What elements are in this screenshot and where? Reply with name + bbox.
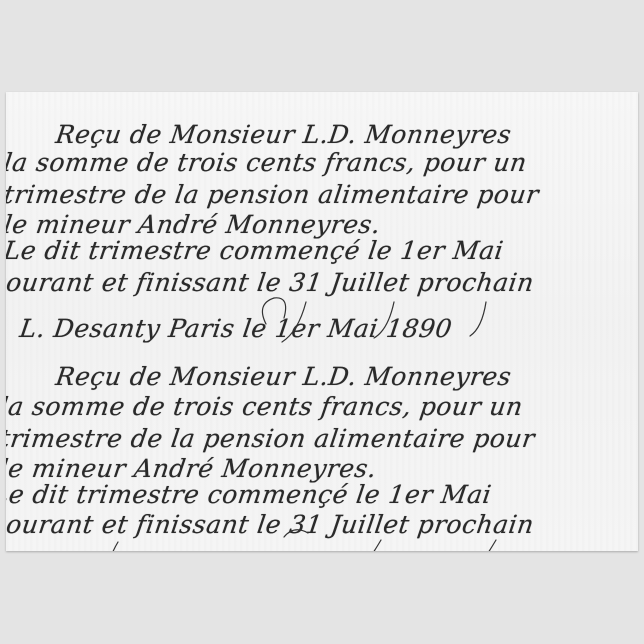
handwritten-paper: Reçu de Monsieur L.D. Monneyres la somme… [6, 92, 638, 551]
receipt-2-line-6: courant et finissant le 31 Juillet proch… [6, 512, 536, 537]
receipt-2-line-3: trimestre de la pension alimentaire pour [6, 426, 536, 451]
receipt-2-line-5: Le dit trimestre commençé le 1er Mai [6, 482, 493, 507]
receipt-2-line-1: Reçu de Monsieur L.D. Monneyres [54, 364, 513, 389]
receipt-1-line-3: trimestre de la pension alimentaire pour [6, 182, 540, 207]
receipt-1-line-2: la somme de trois cents francs, pour un [6, 150, 529, 175]
receipt-1-line-4: le mineur André Monneyres. [6, 212, 382, 237]
receipt-1-line-5: Le dit trimestre commençé le 1er Mai [6, 238, 505, 263]
signature-date-line: L. Desanty Paris le 1er Mai 1890 [18, 316, 454, 341]
image-canvas: Reçu de Monsieur L.D. Monneyres la somme… [0, 0, 644, 644]
receipt-2-line-4: le mineur André Monneyres. [6, 456, 378, 481]
receipt-1-line-6: courant et finissant le 31 Juillet proch… [6, 270, 536, 295]
receipt-2-line-2: la somme de trois cents francs, pour un [6, 394, 525, 419]
receipt-1-line-1: Reçu de Monsieur L.D. Monneyres [54, 122, 513, 147]
